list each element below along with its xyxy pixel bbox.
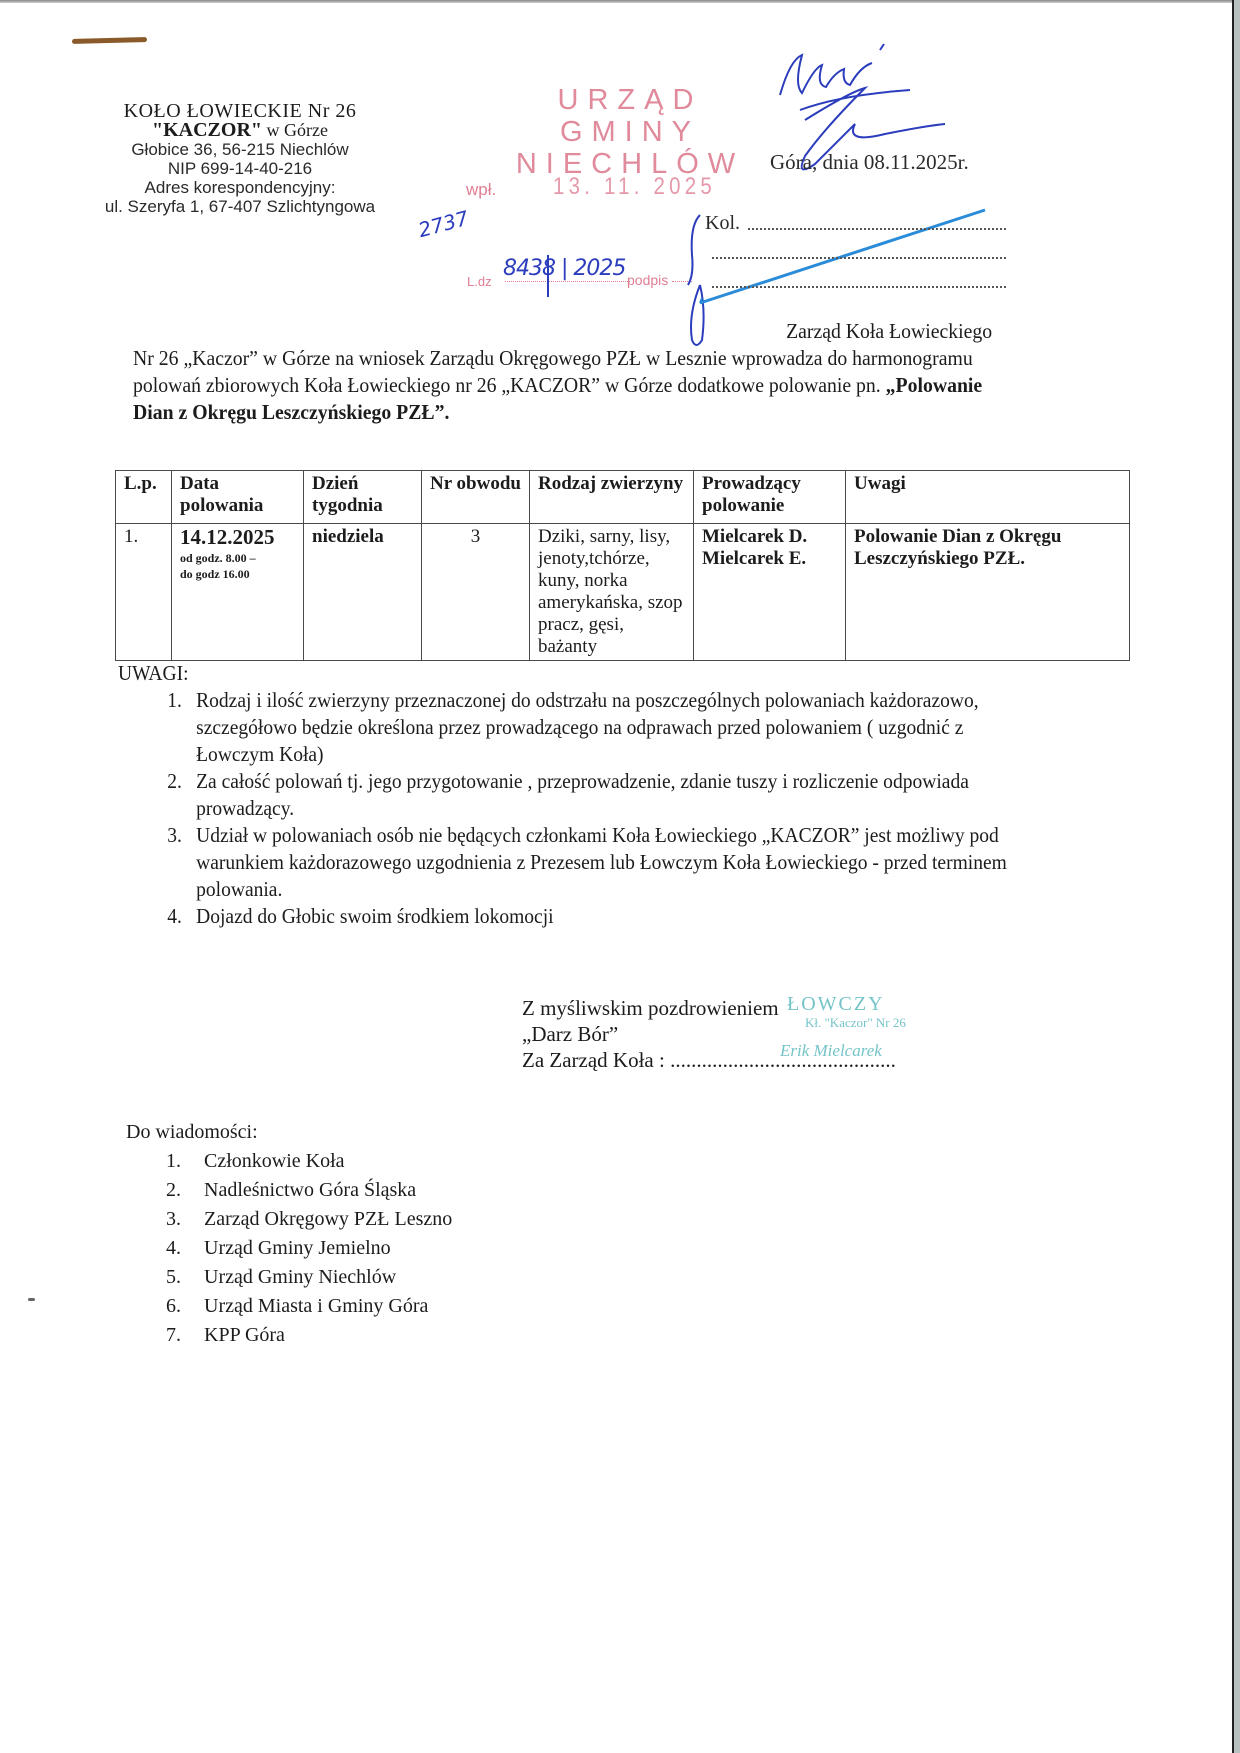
cell-notes: Polowanie Dian z Okręgu Leszczyńskiego P… xyxy=(846,524,1130,661)
place-date: Góra, dnia 08.11.2025r. xyxy=(770,150,969,175)
distribution-item: Urząd Miasta i Gminy Góra xyxy=(186,1292,452,1321)
col-leader: Prowadzący polowanie xyxy=(694,471,846,524)
cell-species: Dziki, sarny, lisy, jenoty,tchórze, kuny… xyxy=(530,524,694,661)
distribution-list: Członkowie Koła Nadleśnictwo Góra Śląska… xyxy=(126,1147,452,1350)
col-date: Data polowania xyxy=(172,471,304,524)
remark-item: Dojazd do Głobic swoim środkiem lokomocj… xyxy=(187,903,1011,930)
cell-lp: 1. xyxy=(116,524,172,661)
col-weekday: Dzień tygodnia xyxy=(304,471,422,524)
remark-item: Udział w polowaniach osób nie będących c… xyxy=(187,822,1011,903)
cell-leader: Mielcarek D. Mielcarek E. xyxy=(694,524,846,661)
distribution-item: Nadleśnictwo Góra Śląska xyxy=(186,1176,452,1205)
addressee-label: Kol. xyxy=(705,212,740,235)
col-notes: Uwagi xyxy=(846,471,1130,524)
intro-first-line: Zarząd Koła Łowieckiego xyxy=(133,318,998,345)
lowczy-stamp-club: Kł. "Kaczor" Nr 26 xyxy=(805,1015,906,1031)
col-district: Nr obwodu xyxy=(422,471,530,524)
cell-date: 14.12.2025 od godz. 8.00 – do godz 16.00 xyxy=(172,524,304,661)
scan-speck xyxy=(28,1298,35,1301)
cell-district: 3 xyxy=(422,524,530,661)
remarks-section: UWAGI: Rodzaj i ilość zwierzyny przeznac… xyxy=(118,660,1011,930)
intro-text: Nr 26 „Kaczor” w Górze na wniosek Zarząd… xyxy=(133,346,973,397)
distribution-section: Do wiadomości: Członkowie Koła Nadleśnic… xyxy=(126,1118,452,1350)
col-lp: L.p. xyxy=(116,471,172,524)
table-row: 1. 14.12.2025 od godz. 8.00 – do godz 16… xyxy=(116,524,1130,661)
distribution-item: Urząd Gminy Jemielno xyxy=(186,1234,452,1263)
table-header-row: L.p. Data polowania Dzień tygodnia Nr ob… xyxy=(116,471,1130,524)
col-species: Rodzaj zwierzyny xyxy=(530,471,694,524)
cell-weekday: niedziela xyxy=(304,524,422,661)
distribution-item: Zarząd Okręgowy PZŁ Leszno xyxy=(186,1205,452,1234)
remarks-title: UWAGI: xyxy=(118,660,1011,687)
distribution-item: KPP Góra xyxy=(186,1321,452,1350)
remark-item: Rodzaj i ilość zwierzyny przeznaczonej d… xyxy=(187,687,1011,768)
addressee-line-3 xyxy=(712,286,1006,288)
remark-item: Za całość polowań tj. jego przygotowanie… xyxy=(187,768,1011,822)
lowczy-stamp-title: ŁOWCZY xyxy=(787,993,885,1016)
distribution-item: Urząd Gminy Niechlów xyxy=(186,1263,452,1292)
distribution-item: Członkowie Koła xyxy=(186,1147,452,1176)
addressee-line-1 xyxy=(748,228,1006,230)
intro-paragraph: Zarząd Koła Łowieckiego Nr 26 „Kaczor” w… xyxy=(133,318,998,426)
addressee-line-2 xyxy=(712,257,1006,259)
remarks-list: Rodzaj i ilość zwierzyny przeznaczonej d… xyxy=(118,687,1011,930)
lowczy-stamp-name: Erik Mielcarek xyxy=(780,1041,882,1061)
distribution-title: Do wiadomości: xyxy=(126,1118,452,1147)
hunt-schedule-table: L.p. Data polowania Dzień tygodnia Nr ob… xyxy=(115,470,1130,661)
